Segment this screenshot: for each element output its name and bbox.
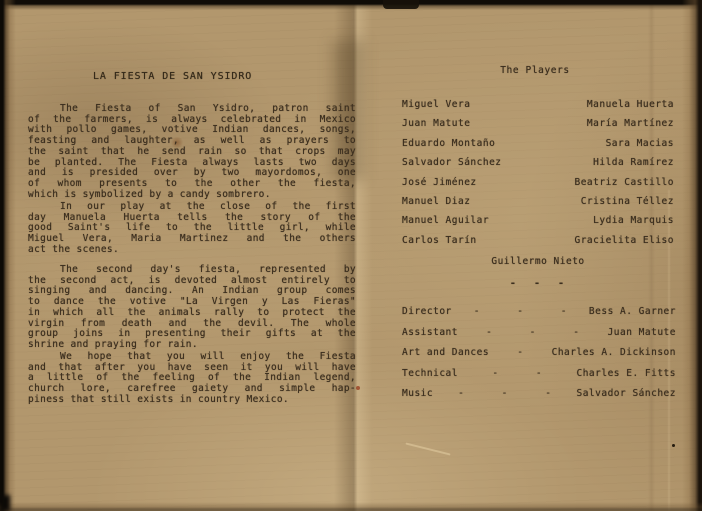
paragraph-second-day: The second day's fiesta, represented byt… [28, 265, 356, 351]
cast-left-name: Juan Matute [402, 118, 470, 137]
cast-row: Juan Matute María Martínez [402, 118, 674, 137]
text-line: act the scenes. [28, 245, 356, 256]
scan-corner [0, 495, 10, 511]
text-line: the saint that he send rain so that crop… [28, 147, 356, 158]
scan-edge-top [0, 0, 702, 10]
cast-right-name: Manuela Huerta [587, 99, 674, 118]
credit-row: Music - - - Salvador Sánchez [402, 388, 676, 409]
cast-right-name: Cristina Téllez [581, 196, 674, 215]
cast-right-name: María Martínez [587, 118, 674, 137]
cast-right-name: Beatriz Castillo [574, 177, 674, 196]
cast-left-name: Manuel Diaz [402, 196, 470, 215]
credit-name: Charles A. Dickinson [552, 347, 676, 368]
cast-left-name: Carlos Tarín [402, 235, 477, 254]
cast-list: Miguel Vera Manuela Huerta Juan Matute M… [402, 99, 674, 254]
credit-name: Juan Matute [608, 327, 676, 348]
credit-dashes: - - - [458, 327, 608, 348]
scan-edge-right [682, 0, 702, 511]
credits-list: Director - - - Bess A. Garner Assistant … [402, 306, 676, 409]
cast-left-name: José Jiménez [402, 177, 477, 196]
cast-left-name: Eduardo Montaño [402, 138, 495, 157]
paper-scratch [405, 442, 450, 455]
text-line: which is symbolized by a candy sombrero. [28, 190, 356, 201]
cast-row: Carlos Tarín Gracielita Eliso [402, 235, 674, 254]
cast-row: Eduardo Montaño Sara Macias [402, 138, 674, 157]
credit-dashes: - [489, 347, 552, 368]
section-separator: - - - [402, 278, 674, 289]
credit-dashes: - - - [433, 388, 576, 409]
credit-name: Charles E. Fitts [576, 368, 676, 389]
credit-role: Technical [402, 368, 458, 389]
cast-right-name: Hilda Ramírez [593, 157, 674, 176]
cast-row: Manuel Diaz Cristina Téllez [402, 196, 674, 215]
cast-row: Manuel Aguilar Lydia Marquis [402, 215, 674, 234]
cast-row: José Jiménez Beatriz Castillo [402, 177, 674, 196]
players-heading: The Players [440, 65, 630, 76]
cast-left-name: Manuel Aguilar [402, 215, 489, 234]
cast-right-name: Gracielita Eliso [574, 235, 674, 254]
credit-row: Art and Dances - Charles A. Dickinson [402, 347, 676, 368]
scan-edge-left [0, 0, 16, 511]
credit-name: Salvador Sánchez [576, 388, 676, 409]
credit-name: Bess A. Garner [589, 306, 676, 327]
paragraph-fiesta-description: The Fiesta of San Ysidro, patron saintof… [28, 104, 356, 200]
left-page-title: LA FIESTA DE SAN YSIDRO [93, 71, 252, 82]
scan-edge-bottom [0, 502, 702, 511]
solo-player-name: Guillermo Nieto [402, 256, 674, 267]
credit-row: Director - - - Bess A. Garner [402, 306, 676, 327]
cast-row: Salvador Sánchez Hilda Ramírez [402, 157, 674, 176]
cast-left-name: Salvador Sánchez [402, 157, 502, 176]
credit-row: Assistant - - - Juan Matute [402, 327, 676, 348]
paper-speck [672, 444, 675, 447]
program-booklet-scan: LA FIESTA DE SAN YSIDRO The Fiesta of Sa… [0, 0, 702, 511]
cast-right-name: Lydia Marquis [593, 215, 674, 234]
paragraph-closing-hope: We hope that you will enjoy the Fiestaan… [28, 352, 356, 406]
cast-right-name: Sara Macias [606, 138, 674, 157]
cast-left-name: Miguel Vera [402, 99, 470, 118]
credit-dashes: - - [458, 368, 577, 389]
cast-row: Miguel Vera Manuela Huerta [402, 99, 674, 118]
credit-role: Music [402, 388, 433, 409]
text-line: shrine and praying for rain. [28, 340, 356, 351]
text-line: piness that still exists in country Mexi… [28, 395, 356, 406]
paper-speck [356, 386, 360, 390]
credit-role: Assistant [402, 327, 458, 348]
credit-dashes: - - - [452, 306, 589, 327]
credit-role: Art and Dances [402, 347, 489, 368]
paragraph-first-day: In our play at the close of the firstday… [28, 202, 356, 256]
text-line: in which all the animals rally to protec… [28, 308, 356, 319]
credit-role: Director [402, 306, 452, 327]
credit-row: Technical - - Charles E. Fitts [402, 368, 676, 389]
scan-edge-notch [383, 0, 419, 9]
